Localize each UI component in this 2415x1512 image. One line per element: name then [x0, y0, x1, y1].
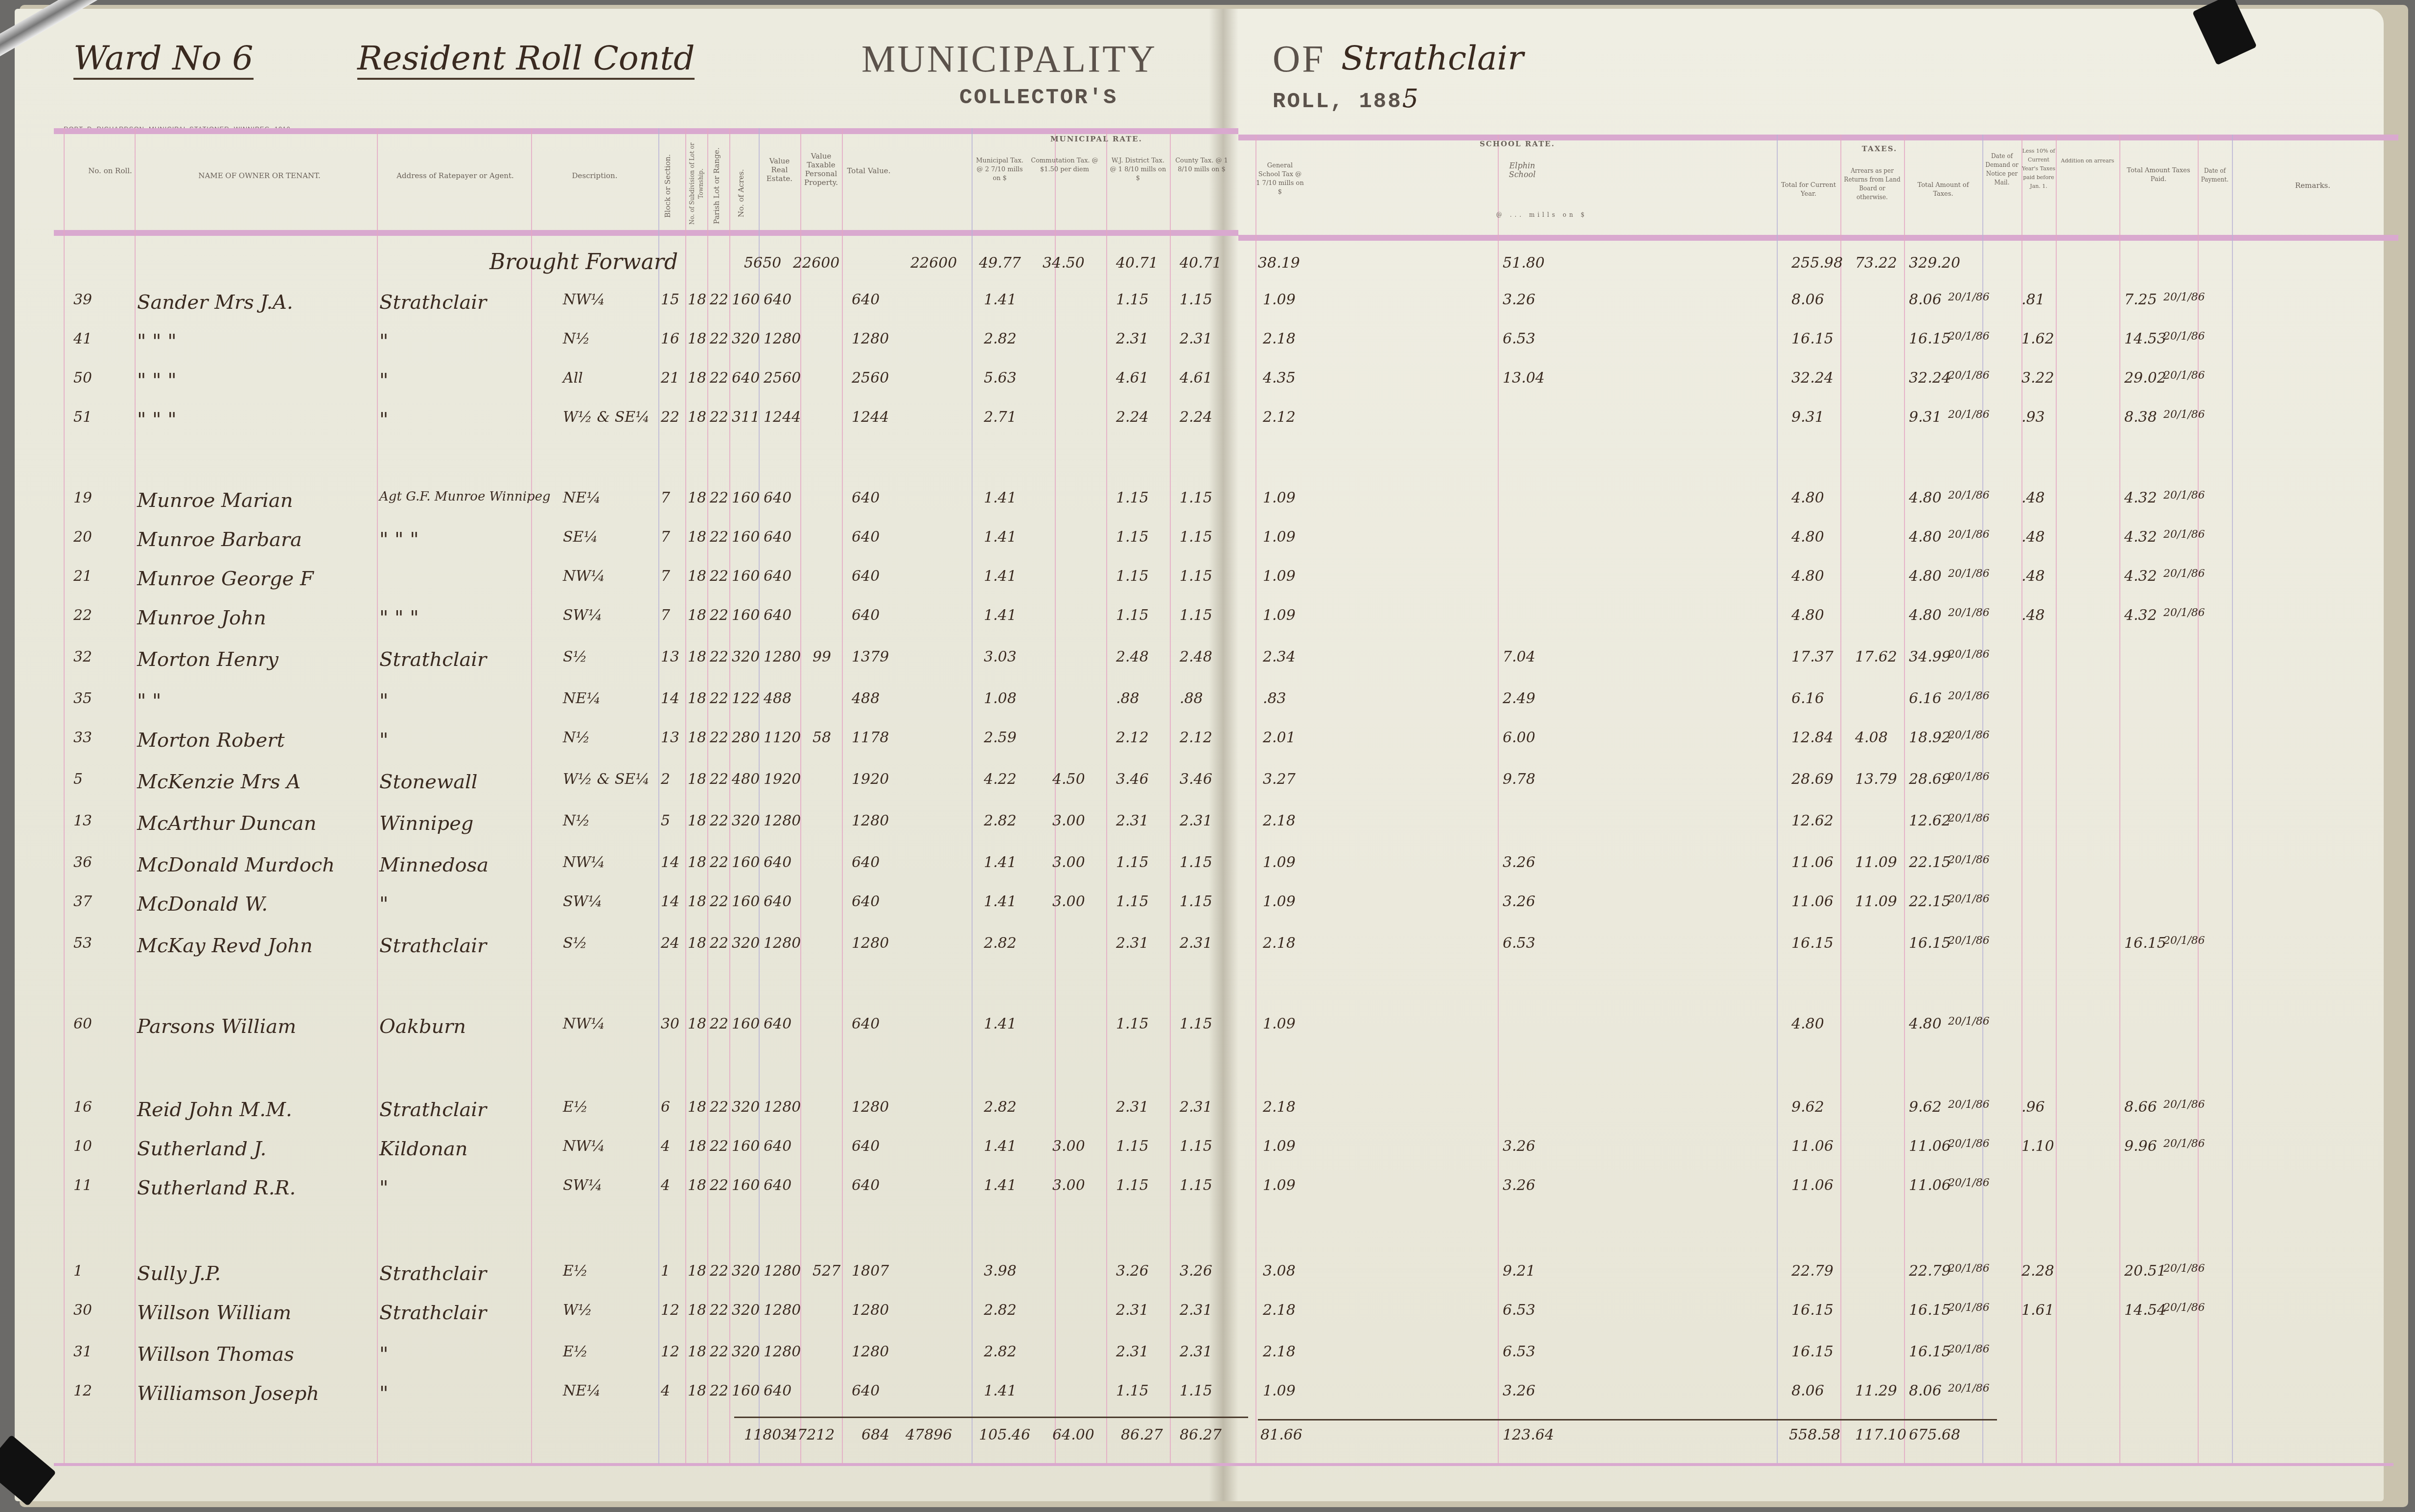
date-demand: 20/1/86 [1948, 1138, 1990, 1150]
commutation-tax: 3.00 [1052, 893, 1085, 910]
municipality-name: Strathclair [1341, 39, 1524, 78]
col-header-total-paid: Total Amount Taxes Paid. [2122, 166, 2195, 184]
section: 1 [661, 1262, 670, 1280]
municipal-tax: 2.59 [984, 729, 1017, 746]
description: NE¼ [563, 1382, 601, 1399]
owner-name: Munroe Marian [137, 489, 293, 512]
total-amount: 11.06 [1909, 1138, 1951, 1155]
address: " [379, 690, 388, 712]
date-payment: 20/1/86 [2163, 1262, 2205, 1275]
less-discount: .48 [2021, 489, 2045, 506]
township: 18 [688, 489, 706, 506]
date-demand: 20/1/86 [1948, 1302, 1990, 1314]
township: 18 [688, 1382, 706, 1399]
section: 13 [661, 648, 679, 665]
elphin-school: 3.26 [1503, 854, 1535, 871]
totals-rule [734, 1417, 1248, 1418]
total-paid: 4.32 [2124, 528, 2157, 546]
less-discount: .48 [2021, 528, 2045, 546]
owner-name: Munroe Barbara [137, 528, 302, 551]
no-on-roll: 37 [73, 893, 92, 910]
county-tax: 1.15 [1180, 291, 1212, 308]
township: 18 [688, 893, 706, 910]
range: 22 [710, 568, 728, 585]
less-discount: 2.28 [2021, 1262, 2054, 1280]
bf-real: 22600 [793, 254, 839, 272]
county-tax: 1.15 [1180, 1382, 1212, 1399]
value-real: 1280 [764, 812, 801, 829]
header-bottom-band [54, 230, 1238, 236]
date-demand: 20/1/86 [1948, 568, 1990, 580]
description: NW¼ [563, 1138, 605, 1155]
district-tax: 1.15 [1116, 854, 1149, 871]
general-school-tax: 2.18 [1263, 812, 1296, 829]
value-real: 640 [764, 489, 791, 506]
municipal-tax: 2.82 [984, 1343, 1017, 1360]
of-label: OF [1273, 37, 1325, 81]
range: 22 [710, 369, 728, 387]
county-tax: 1.15 [1180, 489, 1212, 506]
township: 18 [688, 690, 706, 707]
range: 22 [710, 771, 728, 788]
range: 22 [710, 528, 728, 546]
total-paid: 16.15 [2124, 935, 2166, 952]
value-real: 640 [764, 854, 791, 871]
date-demand: 20/1/86 [1948, 291, 1990, 303]
total-value: 640 [852, 893, 880, 910]
col-header-district-tax: W.J. District Tax. @ 1 8/10 mills on $ [1109, 157, 1167, 183]
range: 22 [710, 1015, 728, 1032]
section: 14 [661, 690, 679, 707]
municipal-tax: 1.41 [984, 291, 1017, 308]
no-on-roll: 19 [73, 489, 92, 506]
date-demand: 20/1/86 [1948, 1099, 1990, 1111]
total-mun: 105.46 [979, 1426, 1030, 1443]
owner-name: Morton Robert [137, 729, 284, 752]
elphin-school: 6.53 [1503, 1302, 1535, 1319]
section: 30 [661, 1015, 679, 1032]
address: Strathclair [379, 648, 487, 671]
district-tax: .88 [1116, 690, 1139, 707]
value-real: 2560 [764, 369, 801, 387]
less-discount: .81 [2021, 291, 2045, 308]
total-amount: 4.80 [1909, 1015, 1942, 1032]
address: Minnedosa [379, 854, 488, 876]
district-tax: 1.15 [1116, 1015, 1149, 1032]
col-header-arrears: Arrears as per Returns from Land Board o… [1843, 166, 1902, 202]
value-personal: 527 [813, 1262, 840, 1280]
date-demand: 20/1/86 [1948, 648, 1990, 661]
municipal-tax: 2.71 [984, 409, 1017, 426]
value-real: 640 [764, 528, 791, 546]
value-real: 640 [764, 1138, 791, 1155]
general-school-tax: 1.09 [1263, 1015, 1296, 1032]
header-bottom-band-right [1238, 235, 2398, 241]
column-rule [685, 128, 686, 1464]
elphin-school: 6.53 [1503, 935, 1535, 952]
section: 21 [661, 369, 679, 387]
range: 22 [710, 648, 728, 665]
column-rule [1498, 135, 1499, 1463]
roll-year: ROLL, 1885 [1273, 84, 1418, 114]
date-demand: 20/1/86 [1948, 854, 1990, 866]
total-value: 640 [852, 528, 880, 546]
no-on-roll: 33 [73, 729, 92, 746]
acres: 320 [732, 648, 760, 665]
acres: 160 [732, 1382, 760, 1399]
date-payment: 20/1/86 [2163, 568, 2205, 580]
total-amount: 22.15 [1909, 893, 1951, 910]
general-school-tax: 2.18 [1263, 1343, 1296, 1360]
col-header-elphin-school: Elphin School [1498, 161, 1547, 179]
column-rule [64, 128, 65, 1464]
section: 4 [661, 1138, 670, 1155]
general-school-tax: 3.08 [1263, 1262, 1296, 1280]
owner-name: " " " [137, 330, 177, 353]
col-header-municipal-tax: Municipal Tax. @ 2 7/10 mills on $ [974, 157, 1025, 183]
address: Oakburn [379, 1015, 466, 1038]
district-tax: 3.46 [1116, 771, 1149, 788]
description: SE¼ [563, 528, 598, 546]
total-current-year: 9.31 [1791, 409, 1824, 426]
county-tax: 2.31 [1180, 935, 1212, 952]
description: SW¼ [563, 893, 602, 910]
bf-gen: 38.19 [1258, 254, 1300, 272]
description: NW¼ [563, 568, 605, 585]
owner-name: " " " [137, 409, 177, 431]
elphin-school: 9.78 [1503, 771, 1535, 788]
total-value: 1280 [852, 935, 889, 952]
value-real: 1280 [764, 330, 801, 347]
section: 14 [661, 854, 679, 871]
owner-name: " " [137, 690, 162, 712]
total-value: 640 [852, 1382, 880, 1399]
municipal-tax: 3.98 [984, 1262, 1017, 1280]
township: 18 [688, 1099, 706, 1116]
col-header-parish-lot: Parish Lot or Range. [712, 147, 721, 225]
elphin-school: 3.26 [1503, 1138, 1535, 1155]
column-rule [972, 128, 973, 1464]
municipal-tax: 2.82 [984, 330, 1017, 347]
total-paid: 9.96 [2124, 1138, 2157, 1155]
municipal-tax: 3.03 [984, 648, 1017, 665]
address: Winnipeg [379, 812, 473, 835]
total-current-year: 12.62 [1791, 812, 1834, 829]
owner-name: Willson William [137, 1302, 291, 1324]
total-current-year: 28.69 [1791, 771, 1834, 788]
description: N½ [563, 330, 590, 347]
date-payment: 20/1/86 [2163, 369, 2205, 382]
total-value: 1280 [852, 1099, 889, 1116]
column-rule [1255, 135, 1256, 1463]
county-tax: 1.15 [1180, 1177, 1212, 1194]
address: Stonewall [379, 771, 478, 793]
range: 22 [710, 330, 728, 347]
total-amount: 4.80 [1909, 489, 1942, 506]
value-real: 640 [764, 1382, 791, 1399]
total-amount: 16.15 [1909, 935, 1951, 952]
arrears: 11.29 [1855, 1382, 1897, 1399]
col-header-total-current-year: Total for Current Year. [1779, 181, 1838, 199]
acres: 320 [732, 1343, 760, 1360]
no-on-roll: 13 [73, 812, 92, 829]
description: S½ [563, 648, 587, 665]
brought-forward-label: Brought Forward [489, 250, 678, 275]
total-amount: 16.15 [1909, 1302, 1951, 1319]
township: 18 [688, 330, 706, 347]
municipal-tax: 1.41 [984, 1382, 1017, 1399]
county-tax: 4.61 [1180, 369, 1212, 387]
value-real: 640 [764, 893, 791, 910]
address: Strathclair [379, 1099, 487, 1121]
owner-name: McDonald Murdoch [137, 854, 335, 876]
county-tax: 1.15 [1180, 568, 1212, 585]
description: S½ [563, 935, 587, 952]
section: 24 [661, 935, 679, 952]
township: 18 [688, 1177, 706, 1194]
less-discount: 1.61 [2021, 1302, 2054, 1319]
no-on-roll: 41 [73, 330, 92, 347]
county-tax: 1.15 [1180, 893, 1212, 910]
elphin-school: 9.21 [1503, 1262, 1535, 1280]
address: " [379, 330, 388, 353]
total-value: 1280 [852, 812, 889, 829]
date-demand: 20/1/86 [1948, 690, 1990, 702]
county-tax: 2.31 [1180, 330, 1212, 347]
column-rule [2232, 135, 2233, 1463]
township: 18 [688, 729, 706, 746]
no-on-roll: 21 [73, 568, 92, 585]
range: 22 [710, 729, 728, 746]
description: E½ [563, 1343, 588, 1360]
section: 7 [661, 607, 670, 624]
date-demand: 20/1/86 [1948, 729, 1990, 741]
no-on-roll: 11 [73, 1177, 92, 1194]
total-value: 2560 [852, 369, 889, 387]
collectors-label: COLLECTOR'S [959, 86, 1117, 110]
col-header-subdivision: No. of Subdivision of Lot or Township. [688, 142, 705, 225]
date-payment: 20/1/86 [2163, 1302, 2205, 1314]
total-value: 640 [852, 1015, 880, 1032]
total-current-year: 4.80 [1791, 528, 1824, 546]
owner-name: McDonald W. [137, 893, 268, 916]
total-paid: 14.54 [2124, 1302, 2166, 1319]
total-amount: 4.80 [1909, 568, 1942, 585]
column-rule [1106, 128, 1107, 1464]
less-discount: .96 [2021, 1099, 2045, 1116]
arrears: 11.09 [1855, 893, 1897, 910]
total-current-year: 11.06 [1791, 1177, 1834, 1194]
total-value: 1379 [852, 648, 889, 665]
value-real: 640 [764, 1015, 791, 1032]
no-on-roll: 30 [73, 1302, 92, 1319]
total-paid: 8.38 [2124, 409, 2157, 426]
range: 22 [710, 1262, 728, 1280]
no-on-roll: 5 [73, 771, 83, 788]
date-payment: 20/1/86 [2163, 1138, 2205, 1150]
date-demand: 20/1/86 [1948, 528, 1990, 541]
column-rule [1055, 128, 1056, 1464]
municipal-tax: 1.41 [984, 607, 1017, 624]
total-current-year: 4.80 [1791, 568, 1824, 585]
address: Kildonan [379, 1138, 468, 1160]
county-tax: 1.15 [1180, 1138, 1212, 1155]
date-demand: 20/1/86 [1948, 409, 1990, 421]
column-rule [729, 128, 730, 1464]
col-header-total-amount-taxes: Total Amount of Taxes. [1906, 181, 1980, 199]
acres: 311 [732, 409, 760, 426]
range: 22 [710, 1177, 728, 1194]
municipal-tax: 4.22 [984, 771, 1017, 788]
section: 4 [661, 1382, 670, 1399]
value-real: 1280 [764, 1262, 801, 1280]
address: " [379, 1382, 388, 1405]
general-school-tax: .83 [1263, 690, 1286, 707]
arrears: 17.62 [1855, 648, 1897, 665]
municipal-tax: 1.41 [984, 1138, 1017, 1155]
township: 18 [688, 1015, 706, 1032]
less-discount: 3.22 [2021, 369, 2054, 387]
municipal-tax: 1.41 [984, 528, 1017, 546]
no-on-roll: 12 [73, 1382, 92, 1399]
district-tax: 1.15 [1116, 607, 1149, 624]
general-school-tax: 1.09 [1263, 568, 1296, 585]
elphin-school: 3.26 [1503, 1177, 1535, 1194]
no-on-roll: 16 [73, 1099, 92, 1116]
date-demand: 20/1/86 [1948, 893, 1990, 905]
bf-comm: 34.50 [1043, 254, 1085, 272]
county-tax: 2.31 [1180, 1099, 1212, 1116]
total-current-year: 16.15 [1791, 935, 1834, 952]
general-school-tax: 2.18 [1263, 935, 1296, 952]
municipal-tax: 1.41 [984, 568, 1017, 585]
acres: 320 [732, 1099, 760, 1116]
value-personal: 58 [813, 729, 831, 746]
township: 18 [688, 568, 706, 585]
total-cur: 558.58 [1789, 1426, 1840, 1443]
date-payment: 20/1/86 [2163, 935, 2205, 947]
col-header-date-payment: Date of Payment. [2200, 166, 2229, 184]
section: 4 [661, 1177, 670, 1194]
municipal-tax: 2.82 [984, 812, 1017, 829]
arrears: 4.08 [1855, 729, 1888, 746]
township: 18 [688, 607, 706, 624]
col-header-total-value: Total Value. [844, 166, 893, 175]
acres: 160 [732, 1015, 760, 1032]
col-header-less-discount: Less 10% of Current Year's Taxes paid be… [2021, 147, 2056, 191]
address: " [379, 1177, 388, 1199]
page-bottom-band [54, 1463, 2393, 1466]
acres: 160 [732, 291, 760, 308]
total-tot: 675.68 [1909, 1426, 1960, 1443]
elphin-school: 3.26 [1503, 1382, 1535, 1399]
section: 12 [661, 1343, 679, 1360]
total-personal: 684 [861, 1426, 889, 1443]
value-real: 640 [764, 291, 791, 308]
header-top-band-right [1238, 135, 2398, 140]
section: 6 [661, 1099, 670, 1116]
range: 22 [710, 607, 728, 624]
date-demand: 20/1/86 [1948, 330, 1990, 343]
district-tax: 2.24 [1116, 409, 1149, 426]
range: 22 [710, 1343, 728, 1360]
description: NW¼ [563, 1015, 605, 1032]
municipal-tax: 2.82 [984, 935, 1017, 952]
address: Strathclair [379, 1302, 487, 1324]
district-tax: 2.31 [1116, 1343, 1149, 1360]
township: 18 [688, 1302, 706, 1319]
less-discount: .93 [2021, 409, 2045, 426]
acres: 160 [732, 489, 760, 506]
col-header-no-on-roll: No. on Roll. [88, 166, 132, 175]
owner-name: Sutherland J. [137, 1138, 266, 1160]
section: 22 [661, 409, 679, 426]
total-value: 47896 [906, 1426, 952, 1443]
general-school-tax: 1.09 [1263, 291, 1296, 308]
total-value: 640 [852, 1138, 880, 1155]
total-acres: 11803 [744, 1426, 790, 1443]
date-demand: 20/1/86 [1948, 607, 1990, 619]
district-tax: 1.15 [1116, 489, 1149, 506]
acres: 160 [732, 854, 760, 871]
total-value: 640 [852, 489, 880, 506]
district-tax: 2.31 [1116, 1302, 1149, 1319]
address: Strathclair [379, 935, 487, 957]
commutation-tax: 3.00 [1052, 1138, 1085, 1155]
section: 12 [661, 1302, 679, 1319]
acres: 320 [732, 935, 760, 952]
range: 22 [710, 812, 728, 829]
arrears: 13.79 [1855, 771, 1897, 788]
township: 18 [688, 935, 706, 952]
no-on-roll: 53 [73, 935, 92, 952]
description: NW¼ [563, 854, 605, 871]
acres: 160 [732, 607, 760, 624]
date-demand: 20/1/86 [1948, 771, 1990, 783]
owner-name: Williamson Joseph [137, 1382, 319, 1405]
col-header-block-section: Block or Section. [663, 147, 672, 225]
range: 22 [710, 690, 728, 707]
owner-name: Munroe George F [137, 568, 314, 590]
col-header-value-personal: Value Taxable Personal Property. [803, 152, 839, 187]
range: 22 [710, 489, 728, 506]
acres: 160 [732, 568, 760, 585]
acres: 160 [732, 1138, 760, 1155]
municipal-tax: 5.63 [984, 369, 1017, 387]
total-current-year: 8.06 [1791, 1382, 1824, 1399]
bf-total: 22600 [910, 254, 957, 272]
column-rule [842, 128, 843, 1464]
total-amount: 11.06 [1909, 1177, 1951, 1194]
col-header-value-real-estate: Value Real Estate. [761, 157, 798, 183]
county-tax: 2.24 [1180, 409, 1212, 426]
section: 7 [661, 568, 670, 585]
general-school-tax: 4.35 [1263, 369, 1296, 387]
col-header-acres: No. of Acres. [737, 161, 745, 225]
date-demand: 20/1/86 [1948, 489, 1990, 502]
value-real: 1280 [764, 1343, 801, 1360]
general-school-tax: 2.12 [1263, 409, 1296, 426]
county-tax: 3.46 [1180, 771, 1212, 788]
col-header-name: NAME OF OWNER OR TENANT. [152, 171, 367, 180]
column-rule [1777, 135, 1778, 1463]
value-real: 1920 [764, 771, 801, 788]
no-on-roll: 51 [73, 409, 92, 426]
date-payment: 20/1/86 [2163, 607, 2205, 619]
district-tax: 1.15 [1116, 1382, 1149, 1399]
total-value: 1280 [852, 1343, 889, 1360]
total-current-year: 6.16 [1791, 690, 1824, 707]
